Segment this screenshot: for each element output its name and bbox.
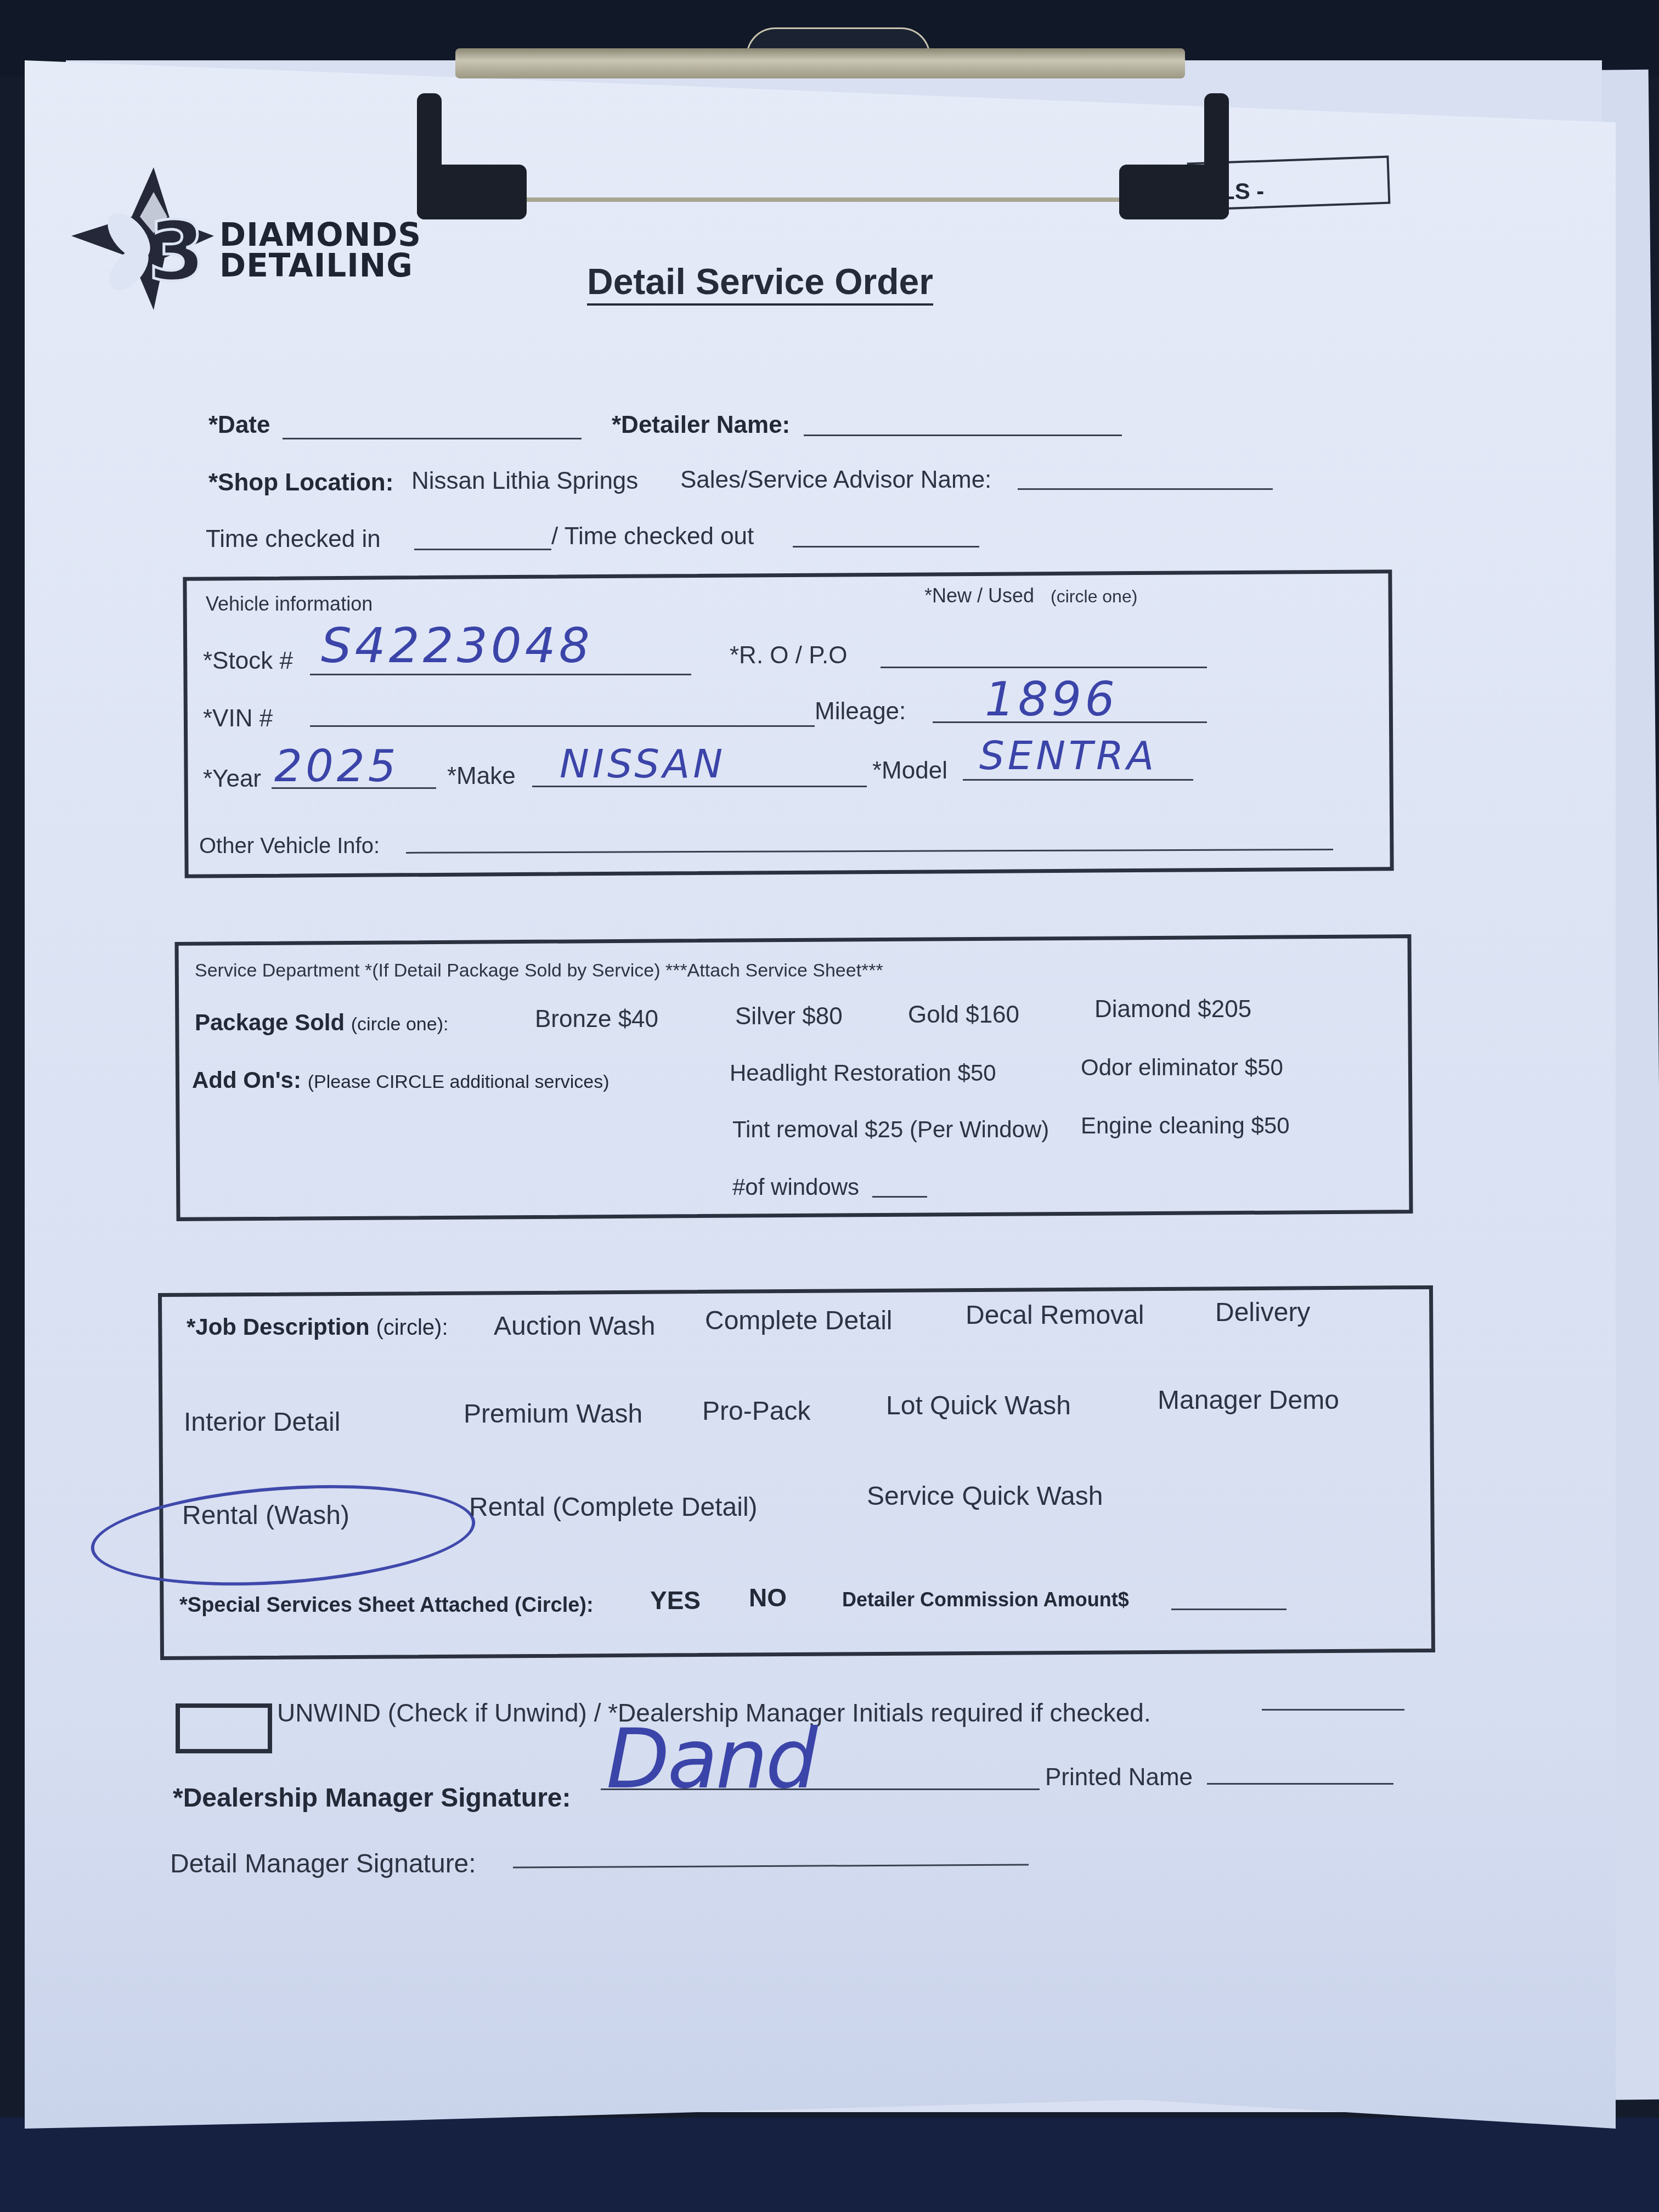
clip-arm-right-foot bbox=[1119, 165, 1229, 219]
detailer-name-field[interactable] bbox=[804, 435, 1122, 436]
job-service-quick-wash[interactable]: Service Quick Wash bbox=[867, 1481, 1103, 1511]
addon-tint-removal[interactable]: Tint removal $25 (Per Window) bbox=[732, 1116, 1049, 1143]
clip-arm-left-foot bbox=[417, 165, 527, 219]
time-in-field[interactable] bbox=[414, 549, 551, 550]
stock-field[interactable] bbox=[310, 674, 691, 675]
mileage-value: 1896 bbox=[985, 672, 1118, 727]
job-hint: (circle): bbox=[376, 1316, 448, 1340]
special-services-yes[interactable]: YES bbox=[650, 1585, 701, 1615]
job-delivery[interactable]: Delivery bbox=[1215, 1297, 1310, 1328]
ro-po-label: *R. O / P.O bbox=[730, 642, 847, 669]
year-value: 2025 bbox=[274, 741, 399, 792]
addon-headlight[interactable]: Headlight Restoration $50 bbox=[730, 1060, 996, 1086]
addon-engine-cleaning[interactable]: Engine cleaning $50 bbox=[1081, 1113, 1290, 1139]
date-label: *Date bbox=[208, 411, 270, 439]
svg-text:3: 3 bbox=[148, 204, 205, 300]
package-diamond[interactable]: Diamond $205 bbox=[1094, 996, 1251, 1023]
make-value: NISSAN bbox=[560, 741, 726, 787]
new-used-text: *New / Used bbox=[924, 584, 1034, 607]
commission-label: Detailer Commission Amount$ bbox=[842, 1588, 1129, 1611]
package-hint: (circle one): bbox=[351, 1014, 449, 1035]
shop-location-value: Nissan Lithia Springs bbox=[411, 467, 638, 495]
page-title: Detail Service Order bbox=[587, 261, 933, 306]
model-label: *Model bbox=[872, 757, 947, 785]
vin-field[interactable] bbox=[310, 725, 815, 727]
dealership-signature-value: Dand bbox=[606, 1712, 816, 1807]
job-auction-wash[interactable]: Auction Wash bbox=[494, 1311, 655, 1341]
job-label-text: *Job Description bbox=[187, 1314, 370, 1340]
service-order-form: LS - 3 DIAMONDS DETAILING Detail Service… bbox=[25, 60, 1616, 2129]
time-out-field[interactable] bbox=[793, 546, 979, 548]
addons-label: Add On's: (Please CIRCLE additional serv… bbox=[192, 1067, 610, 1093]
printed-name-field[interactable] bbox=[1207, 1783, 1393, 1785]
advisor-label: Sales/Service Advisor Name: bbox=[680, 466, 991, 494]
special-services-no[interactable]: NO bbox=[749, 1583, 787, 1612]
job-manager-demo[interactable]: Manager Demo bbox=[1158, 1385, 1339, 1415]
vehicle-section bbox=[183, 569, 1393, 878]
unwind-checkbox[interactable] bbox=[176, 1703, 272, 1753]
windows-field[interactable] bbox=[872, 1196, 927, 1198]
detailer-name-label: *Detailer Name: bbox=[612, 411, 790, 439]
date-field[interactable] bbox=[283, 438, 582, 439]
year-label: *Year bbox=[203, 765, 261, 793]
job-lot-quick-wash[interactable]: Lot Quick Wash bbox=[886, 1391, 1071, 1421]
time-in-label: Time checked in bbox=[206, 526, 381, 553]
time-out-label: / Time checked out bbox=[551, 523, 754, 550]
addon-odor[interactable]: Odor eliminator $50 bbox=[1081, 1054, 1283, 1081]
clip-wire bbox=[483, 181, 1166, 202]
stock-value: S4223048 bbox=[321, 617, 593, 674]
job-interior-detail[interactable]: Interior Detail bbox=[184, 1407, 340, 1437]
commission-field[interactable] bbox=[1171, 1609, 1286, 1610]
dealership-signature-label: *Dealership Manager Signature: bbox=[173, 1783, 571, 1813]
detail-manager-signature-field[interactable] bbox=[513, 1864, 1029, 1869]
logo-line-1: DIAMONDS bbox=[219, 219, 421, 250]
logo-line-2: DETAILING bbox=[219, 250, 421, 281]
clipboard-board bbox=[0, 2118, 1659, 2212]
new-used-hint: (circle one) bbox=[1051, 586, 1137, 606]
unwind-initials-field[interactable] bbox=[1262, 1709, 1404, 1711]
vehicle-section-label: Vehicle information bbox=[206, 592, 373, 616]
job-complete-detail[interactable]: Complete Detail bbox=[705, 1306, 892, 1336]
job-label: *Job Description (circle): bbox=[187, 1314, 448, 1340]
new-used-label[interactable]: *New / Used (circle one) bbox=[924, 584, 1137, 607]
shop-location-label: *Shop Location: bbox=[208, 469, 393, 496]
logo: 3 bbox=[71, 167, 214, 313]
detail-manager-signature-label: Detail Manager Signature: bbox=[170, 1849, 476, 1879]
model-value: SENTRA bbox=[979, 732, 1157, 778]
stock-label: *Stock # bbox=[203, 647, 293, 675]
package-bronze[interactable]: Bronze $40 bbox=[535, 1006, 658, 1033]
clip-bar bbox=[455, 48, 1185, 78]
service-department-header: Service Department *(If Detail Package S… bbox=[195, 960, 883, 981]
vin-label: *VIN # bbox=[203, 705, 273, 732]
package-gold[interactable]: Gold $160 bbox=[908, 1001, 1019, 1029]
addons-label-text: Add On's: bbox=[192, 1067, 301, 1093]
windows-label: #of windows bbox=[732, 1174, 859, 1200]
package-label: Package Sold (circle one): bbox=[195, 1009, 448, 1036]
special-services-label: *Special Services Sheet Attached (Circle… bbox=[179, 1594, 594, 1617]
advisor-field[interactable] bbox=[1018, 488, 1273, 490]
job-decal-removal[interactable]: Decal Removal bbox=[966, 1300, 1144, 1330]
ro-po-field[interactable] bbox=[881, 667, 1207, 668]
model-field[interactable] bbox=[963, 779, 1193, 781]
package-silver[interactable]: Silver $80 bbox=[735, 1003, 843, 1030]
three-diamonds-star-icon: 3 bbox=[71, 167, 214, 310]
make-label: *Make bbox=[447, 763, 516, 790]
package-label-text: Package Sold bbox=[195, 1009, 345, 1035]
printed-name-label: Printed Name bbox=[1045, 1764, 1193, 1791]
mileage-label: Mileage: bbox=[815, 698, 906, 725]
job-pro-pack[interactable]: Pro-Pack bbox=[702, 1396, 810, 1426]
addons-hint: (Please CIRCLE additional services) bbox=[308, 1071, 610, 1092]
job-premium-wash[interactable]: Premium Wash bbox=[464, 1399, 642, 1429]
job-rental-complete-detail[interactable]: Rental (Complete Detail) bbox=[469, 1492, 758, 1522]
other-info-label: Other Vehicle Info: bbox=[199, 834, 380, 859]
